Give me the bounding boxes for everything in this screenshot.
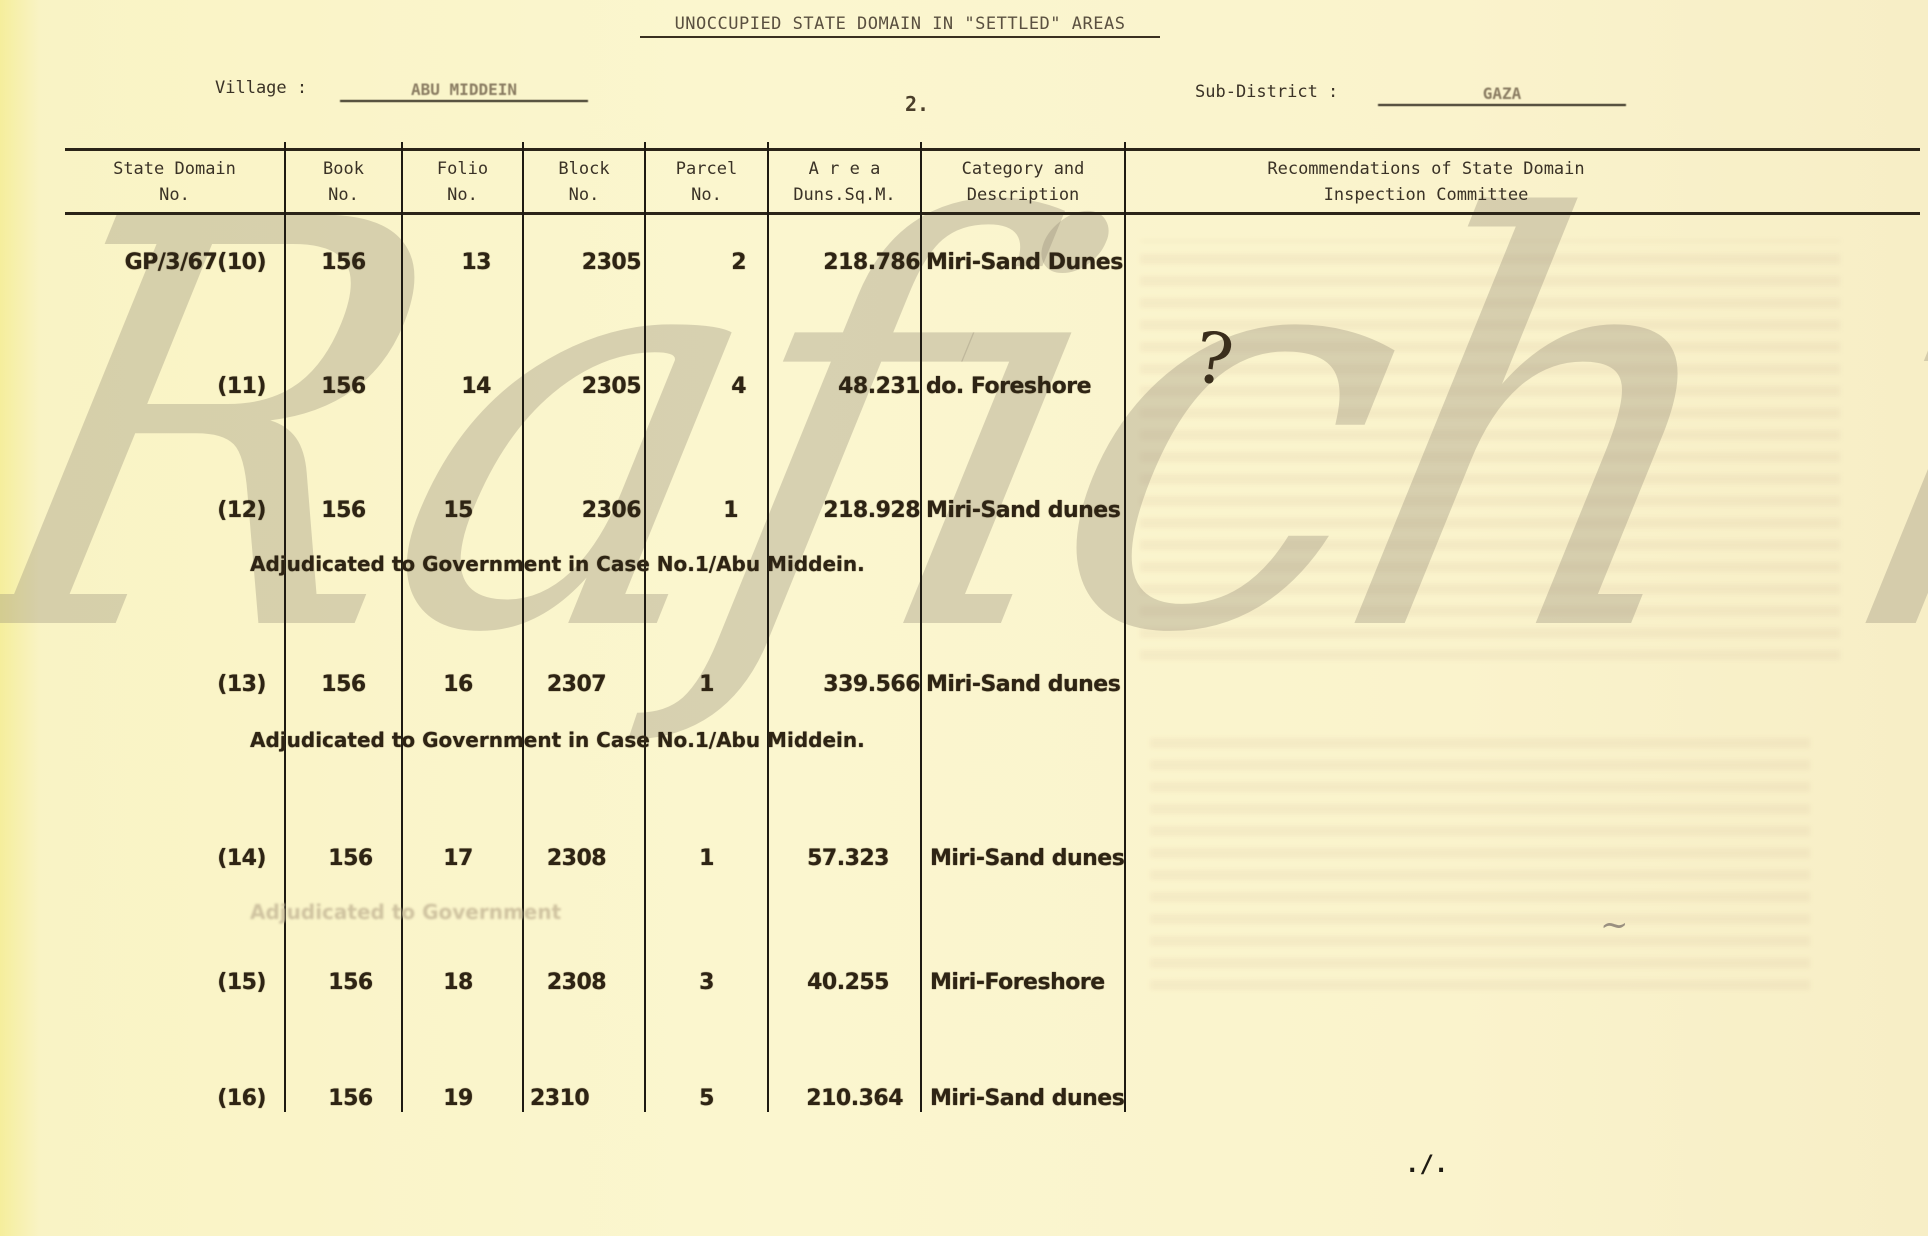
cell-category: Miri-Foreshore — [930, 970, 1105, 995]
header-line: Category and — [962, 156, 1085, 182]
header-block-no: Block No. — [524, 152, 644, 212]
header-line: Folio — [437, 156, 488, 182]
cell-folio: 19 — [403, 1086, 513, 1111]
cell-block: 2310 — [530, 1086, 589, 1111]
subdistrict-value: GAZA — [1378, 84, 1626, 106]
cell-state-domain-no: (13) — [70, 672, 266, 697]
cell-book: 156 — [286, 250, 401, 275]
header-line: Duns.Sq.M. — [793, 182, 895, 208]
document-title: UNOCCUPIED STATE DOMAIN IN "SETTLED" ARE… — [640, 14, 1160, 38]
cell-area: 218.928 — [769, 498, 920, 523]
header-category: Category and Description — [922, 152, 1124, 212]
header-state-domain-no: State Domain No. — [65, 152, 284, 212]
header-line: No. — [159, 182, 190, 208]
column-divider — [522, 142, 524, 1112]
cell-block: 2305 — [524, 374, 641, 399]
cell-category: do. Foreshore — [926, 374, 1091, 399]
cell-category: Miri-Sand dunes — [930, 846, 1124, 871]
cell-parcel: 3 — [646, 970, 767, 995]
continuation-mark: ./. — [1405, 1150, 1448, 1178]
cell-folio: 15 — [403, 498, 473, 523]
header-line: No. — [328, 182, 359, 208]
cell-parcel: 1 — [646, 498, 738, 523]
cell-book: 156 — [300, 970, 401, 995]
cell-folio: 17 — [403, 846, 513, 871]
header-line: Parcel — [676, 156, 737, 182]
cell-folio: 13 — [403, 250, 491, 275]
cell-state-domain-no: (15) — [70, 970, 266, 995]
header-recommendations: Recommendations of State Domain Inspecti… — [1126, 152, 1726, 212]
page-number: 2. — [905, 92, 929, 116]
cell-state-domain-no: (14) — [70, 846, 266, 871]
column-divider — [401, 142, 403, 1112]
header-book-no: Book No. — [286, 152, 401, 212]
header-line: Book — [323, 156, 364, 182]
header-folio-no: Folio No. — [403, 152, 522, 212]
cell-parcel: 5 — [646, 1086, 767, 1111]
cell-parcel: 2 — [646, 250, 746, 275]
cell-parcel: 4 — [646, 374, 746, 399]
table-header-rule — [65, 212, 1920, 215]
cell-category: Miri-Sand dunes — [926, 498, 1120, 523]
cell-area: 218.786 — [769, 250, 920, 275]
cell-state-domain-no: (16) — [70, 1086, 266, 1111]
village-label: Village : — [215, 78, 307, 98]
table-top-rule — [65, 148, 1920, 151]
cell-category: Miri-Sand dunes — [926, 672, 1120, 697]
header-line: Recommendations of State Domain — [1267, 156, 1584, 182]
header-line: A r e a — [809, 156, 881, 182]
row-note: Adjudicated to Government in Case No.1/A… — [250, 552, 865, 576]
cell-state-domain-no: (12) — [70, 498, 266, 523]
handwritten-scribble: ~ — [1600, 905, 1629, 945]
village-value: ABU MIDDEIN — [340, 80, 588, 102]
cell-state-domain-no: GP/3/67(10) — [70, 250, 266, 275]
cell-book: 156 — [300, 1086, 401, 1111]
cell-block: 2308 — [524, 970, 629, 995]
cell-area: 57.323 — [769, 846, 889, 871]
header-line: No. — [447, 182, 478, 208]
header-line: State Domain — [113, 156, 236, 182]
row-note: Adjudicated to Government in Case No.1/A… — [250, 728, 865, 752]
header-line: Inspection Committee — [1324, 182, 1529, 208]
cell-book: 156 — [286, 672, 401, 697]
column-divider — [644, 142, 646, 1112]
cell-block: 2307 — [524, 672, 629, 697]
cell-book: 156 — [286, 374, 401, 399]
header-line: No. — [691, 182, 722, 208]
cell-book: 156 — [300, 846, 401, 871]
header-line: Block — [558, 156, 609, 182]
column-divider — [767, 142, 769, 1112]
row-note-faded: Adjudicated to Government — [250, 900, 561, 924]
bleed-through-text — [1140, 240, 1840, 660]
subdistrict-label: Sub-District : — [1195, 82, 1338, 102]
cell-folio: 14 — [403, 374, 491, 399]
cell-book: 156 — [286, 498, 401, 523]
column-divider — [920, 142, 922, 1112]
cell-area: 210.364 — [769, 1086, 903, 1111]
cell-area: 48.231 — [769, 374, 920, 399]
cell-parcel: 1 — [646, 846, 767, 871]
cell-state-domain-no: (11) — [70, 374, 266, 399]
cell-folio: 18 — [403, 970, 513, 995]
cell-category: Miri-Sand dunes — [930, 1086, 1124, 1111]
left-edge-tint — [0, 0, 40, 1236]
header-area: A r e a Duns.Sq.M. — [769, 152, 920, 212]
header-line: No. — [569, 182, 600, 208]
cell-area: 40.255 — [769, 970, 889, 995]
cell-folio: 16 — [403, 672, 513, 697]
cell-block: 2305 — [524, 250, 641, 275]
cell-category: Miri-Sand Dunes — [926, 250, 1123, 275]
bleed-through-text — [1150, 730, 1810, 990]
header-parcel-no: Parcel No. — [646, 152, 767, 212]
column-divider — [1124, 142, 1126, 1112]
header-line: Description — [967, 182, 1080, 208]
cell-parcel: 1 — [646, 672, 767, 697]
cell-area: 339.566 — [769, 672, 920, 697]
cell-block: 2308 — [524, 846, 629, 871]
cell-block: 2306 — [524, 498, 641, 523]
column-divider — [284, 142, 286, 1112]
